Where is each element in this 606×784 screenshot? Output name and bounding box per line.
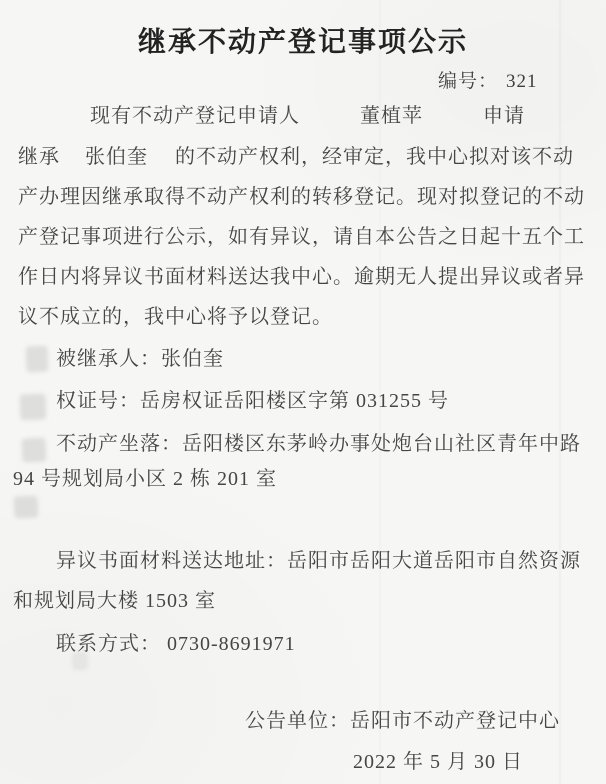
- issuer-line: 公告单位：岳阳市不动产登记中心: [245, 709, 560, 733]
- body-line-3: 产办理因继承取得不动产权利的转移登记。现对拟登记的不动: [18, 185, 585, 209]
- body-line-5: 作日内将异议书面材料送达我中心。逾期无人提出异议或者异: [18, 265, 585, 289]
- objection-address-line-2: 和规划局大楼 1503 室: [13, 589, 216, 613]
- inherit-label: 继承: [18, 146, 60, 168]
- apply-label: 申请: [483, 105, 525, 127]
- doc-number: 编号：321: [438, 70, 538, 94]
- scan-crease: [558, 0, 562, 784]
- contact-line: 联系方式： 0730-8691971: [56, 632, 296, 656]
- bleed-through-mark: [22, 438, 47, 463]
- decedent-name: 张伯奎: [85, 146, 148, 168]
- page-title: 继承不动产登记事项公示: [0, 20, 606, 60]
- bleed-through-mark: [26, 346, 49, 373]
- date-line: 2022 年 5 月 30 日: [353, 750, 523, 774]
- applicant-label: 现有不动产登记申请人: [90, 105, 300, 127]
- bleed-through-mark: [14, 496, 39, 519]
- applicant-name: 董植苹: [360, 105, 423, 127]
- doc-number-value: 321: [506, 71, 538, 92]
- doc-number-label: 编号：: [438, 71, 498, 92]
- notice-page: 继承不动产登记事项公示 编号：321 现有不动产登记申请人董植苹申请 继承张伯奎…: [0, 0, 606, 784]
- body-line-2-text: 的不动产权利，经审定，我中心拟对该不动: [175, 146, 574, 168]
- certificate-line: 权证号：岳房权证岳阳楼区字第 031255 号: [56, 389, 449, 413]
- bleed-through-mark: [20, 394, 47, 421]
- body-line-6: 议不成立的，我中心将予以登记。: [18, 305, 333, 329]
- body-line-2: 继承张伯奎的不动产权利，经审定，我中心拟对该不动: [18, 145, 574, 169]
- objection-address-line-1: 异议书面材料送达地址：岳阳市岳阳大道岳阳市自然资源: [56, 549, 581, 573]
- decedent-line: 被继承人：张伯奎: [56, 347, 224, 371]
- location-line-2: 94 号规划局小区 2 栋 201 室: [13, 467, 277, 491]
- body-line-4: 产登记事项进行公示，如有异议，请自本公告之日起十五个工: [18, 225, 585, 249]
- body-line-1: 现有不动产登记申请人董植苹申请: [90, 104, 525, 128]
- location-line-1: 不动产坐落：岳阳楼区东茅岭办事处炮台山社区青年中路: [56, 432, 581, 456]
